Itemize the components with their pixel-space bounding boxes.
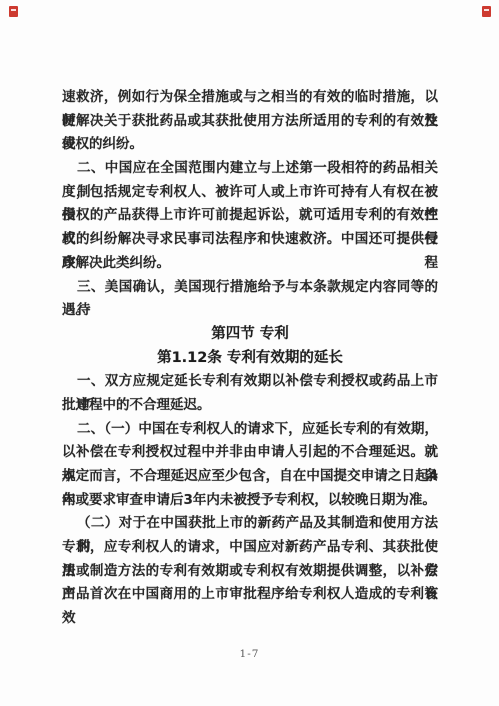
body-text-line: 遇。 xyxy=(62,299,438,323)
body-text-line: 内或要求审查申请后3年内未被授予专利权，以较晚日期为准。 xyxy=(62,489,438,513)
body-text-line: 侵权的纠纷。 xyxy=(62,133,438,157)
article-heading: 第1.12条 专利有效期的延长 xyxy=(62,347,438,371)
red-corner-mark-right xyxy=(482,6,491,17)
body-text-line: 规定而言，不合理延迟应至少包含，自在中国提交申请之日起4年 xyxy=(62,465,438,489)
section-heading: 第四节 专利 xyxy=(62,323,438,347)
body-text-line: 产品首次在中国商用的上市审批程序给专利权人造成的专利有效 xyxy=(62,583,438,607)
body-text-line: 一、双方应规定延长专利有效期以补偿专利授权或药品上市审 xyxy=(62,370,438,394)
red-corner-mark-left xyxy=(9,6,18,17)
body-text-line: 权的纠纷解决寻求民事司法程序和快速救济。中国还可提供行政程 xyxy=(62,228,438,252)
body-text-line: 二、（一）中国在专利权人的请求下，应延长专利的有效期， xyxy=(62,418,438,442)
body-text-line: 时解决关于获批药品或其获批使用方法所适用的专利的有效性或 xyxy=(62,110,438,134)
document-page: 速救济，例如行为保全措施或与之相当的有效的临时措施，以便及 时解决关于获批药品或… xyxy=(0,0,499,706)
body-text-line: 侵权的产品获得上市许可前提起诉讼，就可适用专利的有效性或侵 xyxy=(62,204,438,228)
body-text-line: 批过程中的不合理延迟。 xyxy=(62,394,438,418)
body-text-line: 以补偿在专利授权过程中并非由申请人引起的不合理延迟。就本条 xyxy=(62,441,438,465)
page-number: 1-7 xyxy=(0,648,499,660)
body-text-line: 法或制造方法的专利有效期或专利权有效期提供调整，以补偿由该 xyxy=(62,560,438,584)
document-body: 速救济，例如行为保全措施或与之相当的有效的临时措施，以便及 时解决关于获批药品或… xyxy=(62,86,438,607)
body-text-line: 三、美国确认，美国现行措施给予与本条款规定内容同等的待 xyxy=(62,276,438,300)
body-text-line: 二、中国应在全国范围内建立与上述第一段相符的药品相关制 xyxy=(62,157,438,181)
body-text-line: （二）对于在中国获批上市的新药产品及其制造和使用方法的 xyxy=(62,512,438,536)
body-text-line: 专利，应专利权人的请求，中国应对新药产品专利、其获批使用方 xyxy=(62,536,438,560)
body-text-line: 速救济，例如行为保全措施或与之相当的有效的临时措施，以便及 xyxy=(62,86,438,110)
body-text-line: 度，包括规定专利权人、被许可人或上市许可持有人有权在被指控 xyxy=(62,181,438,205)
